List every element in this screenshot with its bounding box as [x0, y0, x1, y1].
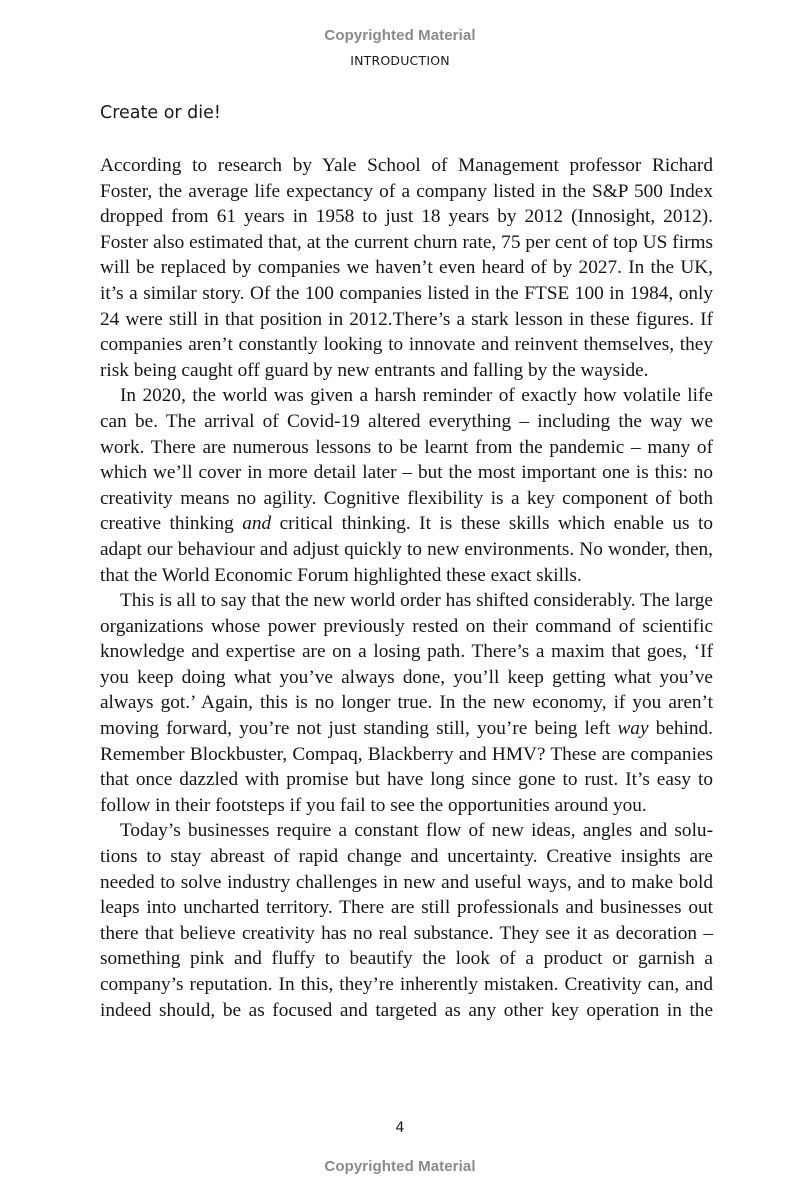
paragraph-2-emphasis: and	[242, 513, 271, 534]
paragraph-4: Today’s businesses require a constant fl…	[100, 818, 713, 1023]
paragraph-2: In 2020, the world was given a harsh rem…	[100, 383, 713, 588]
paragraph-2-text-a: In 2020, the world was given a harsh rem…	[100, 385, 713, 534]
copyright-watermark-top: Copyrighted Material	[0, 27, 800, 44]
running-head: INTRODUCTION	[0, 53, 800, 68]
section-heading: Create or die!	[100, 103, 221, 123]
paragraph-3-text-a: This is all to say that the new world or…	[100, 590, 713, 739]
body-text: According to research by Yale School of …	[100, 153, 713, 1023]
paragraph-3-emphasis: way	[617, 718, 648, 739]
page-number: 4	[0, 1120, 800, 1136]
paragraph-1: According to research by Yale School of …	[100, 153, 713, 383]
copyright-watermark-bottom: Copyrighted Material	[0, 1158, 800, 1175]
paragraph-3: This is all to say that the new world or…	[100, 588, 713, 818]
